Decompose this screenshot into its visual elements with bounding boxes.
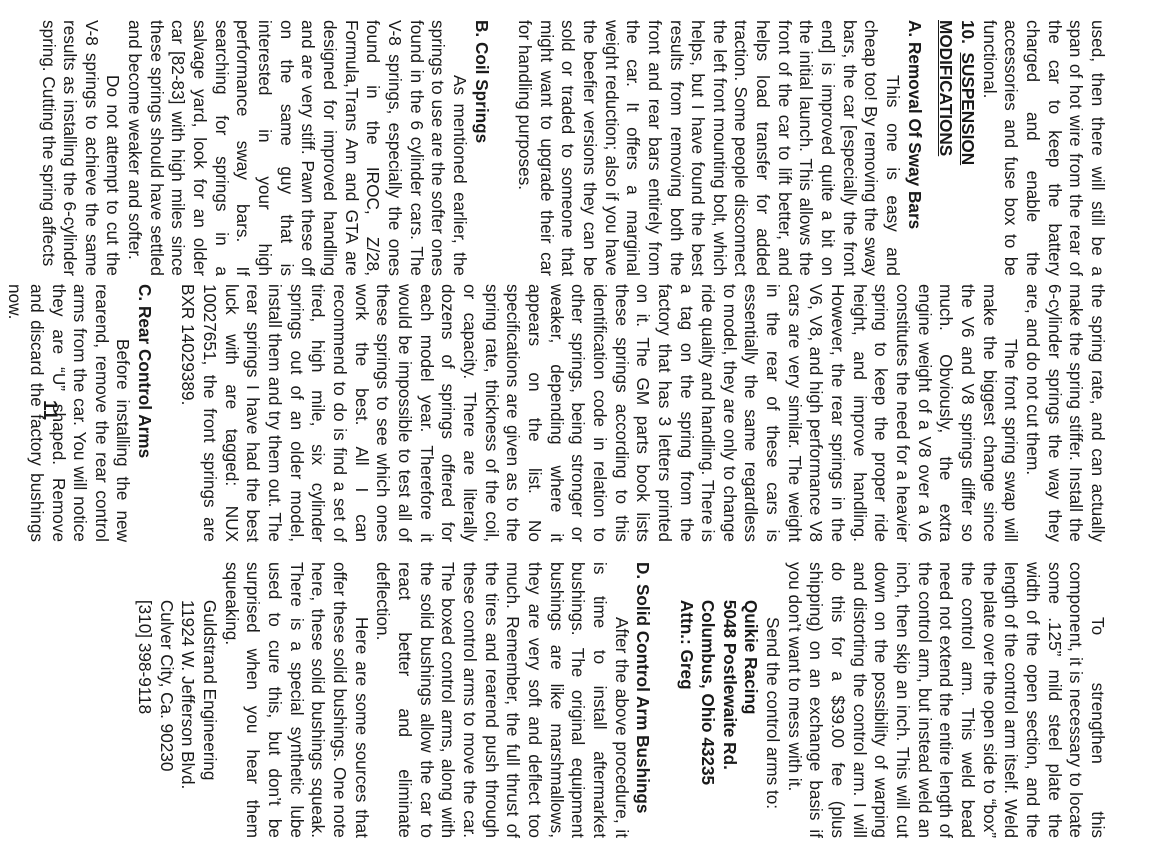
- subsection-d-paragraph-2: Here are some sources that offer these s…: [220, 562, 372, 838]
- address-2-name: Guldstrand Engineering: [198, 600, 220, 838]
- intro-paragraph: used, then there will still be a span of…: [978, 20, 1108, 276]
- address-2-city: Culver City, Ca. 90230: [155, 600, 177, 838]
- subsection-d-heading: D. Solid Control Arm Bushings: [632, 562, 654, 838]
- subsection-d-paragraph-1: After the above procedure, it is time to…: [372, 562, 632, 838]
- subsection-a-paragraph: This one is easy and cheap too! By remov…: [513, 20, 903, 276]
- subsection-b-heading: B. Coil Springs: [470, 20, 492, 276]
- section-number: 10.: [958, 20, 978, 44]
- send-to-label: Send the control arms to:: [762, 562, 784, 838]
- column-2: the spring rate, and can actually make t…: [4, 284, 1108, 542]
- subsection-b-paragraph-2: Do not attempt to cut the V-8 springs to…: [37, 20, 124, 276]
- address-quikie-racing: Quikie Racing 5048 Postlewaite Rd. Colum…: [675, 562, 762, 838]
- address-1-street: 5048 Postlewaite Rd.: [718, 600, 740, 838]
- column-3: To strengthen this component, it is nece…: [133, 562, 1108, 838]
- address-2-phone: [310] 398-9118: [133, 600, 155, 838]
- subsection-c-heading: C. Rear Control Arms: [133, 284, 155, 542]
- column-2-paragraph-2: The front spring swap will make the bigg…: [177, 284, 1022, 542]
- column-2-paragraph-1: the spring rate, and can actually make t…: [1021, 284, 1108, 542]
- address-2-street: 11924 W. Jefferson Blvd.: [177, 600, 199, 838]
- subsection-c-paragraph: Before installing the new rearend, remov…: [4, 284, 134, 542]
- subsection-b-paragraph-1: As mentioned earlier, the springs to use…: [123, 20, 470, 276]
- section-heading: 10.SUSPENSION MODIFICATIONS: [935, 20, 978, 276]
- address-1-attn: Attn.: Greg: [675, 600, 697, 838]
- address-1-name: Quikie Racing: [740, 600, 762, 838]
- subsection-a-heading: A. Removal Of Sway Bars: [903, 20, 925, 276]
- document-page: used, then there will still be a span of…: [0, 0, 1150, 854]
- page-number: 11: [38, 400, 60, 420]
- column-3-paragraph-1: To strengthen this component, it is nece…: [783, 562, 1108, 838]
- address-guldstrand: Guldstrand Engineering 11924 W. Jefferso…: [133, 562, 220, 838]
- column-1: used, then there will still be a span of…: [37, 20, 1108, 276]
- address-1-city: Columbus, Ohio 43235: [697, 600, 719, 838]
